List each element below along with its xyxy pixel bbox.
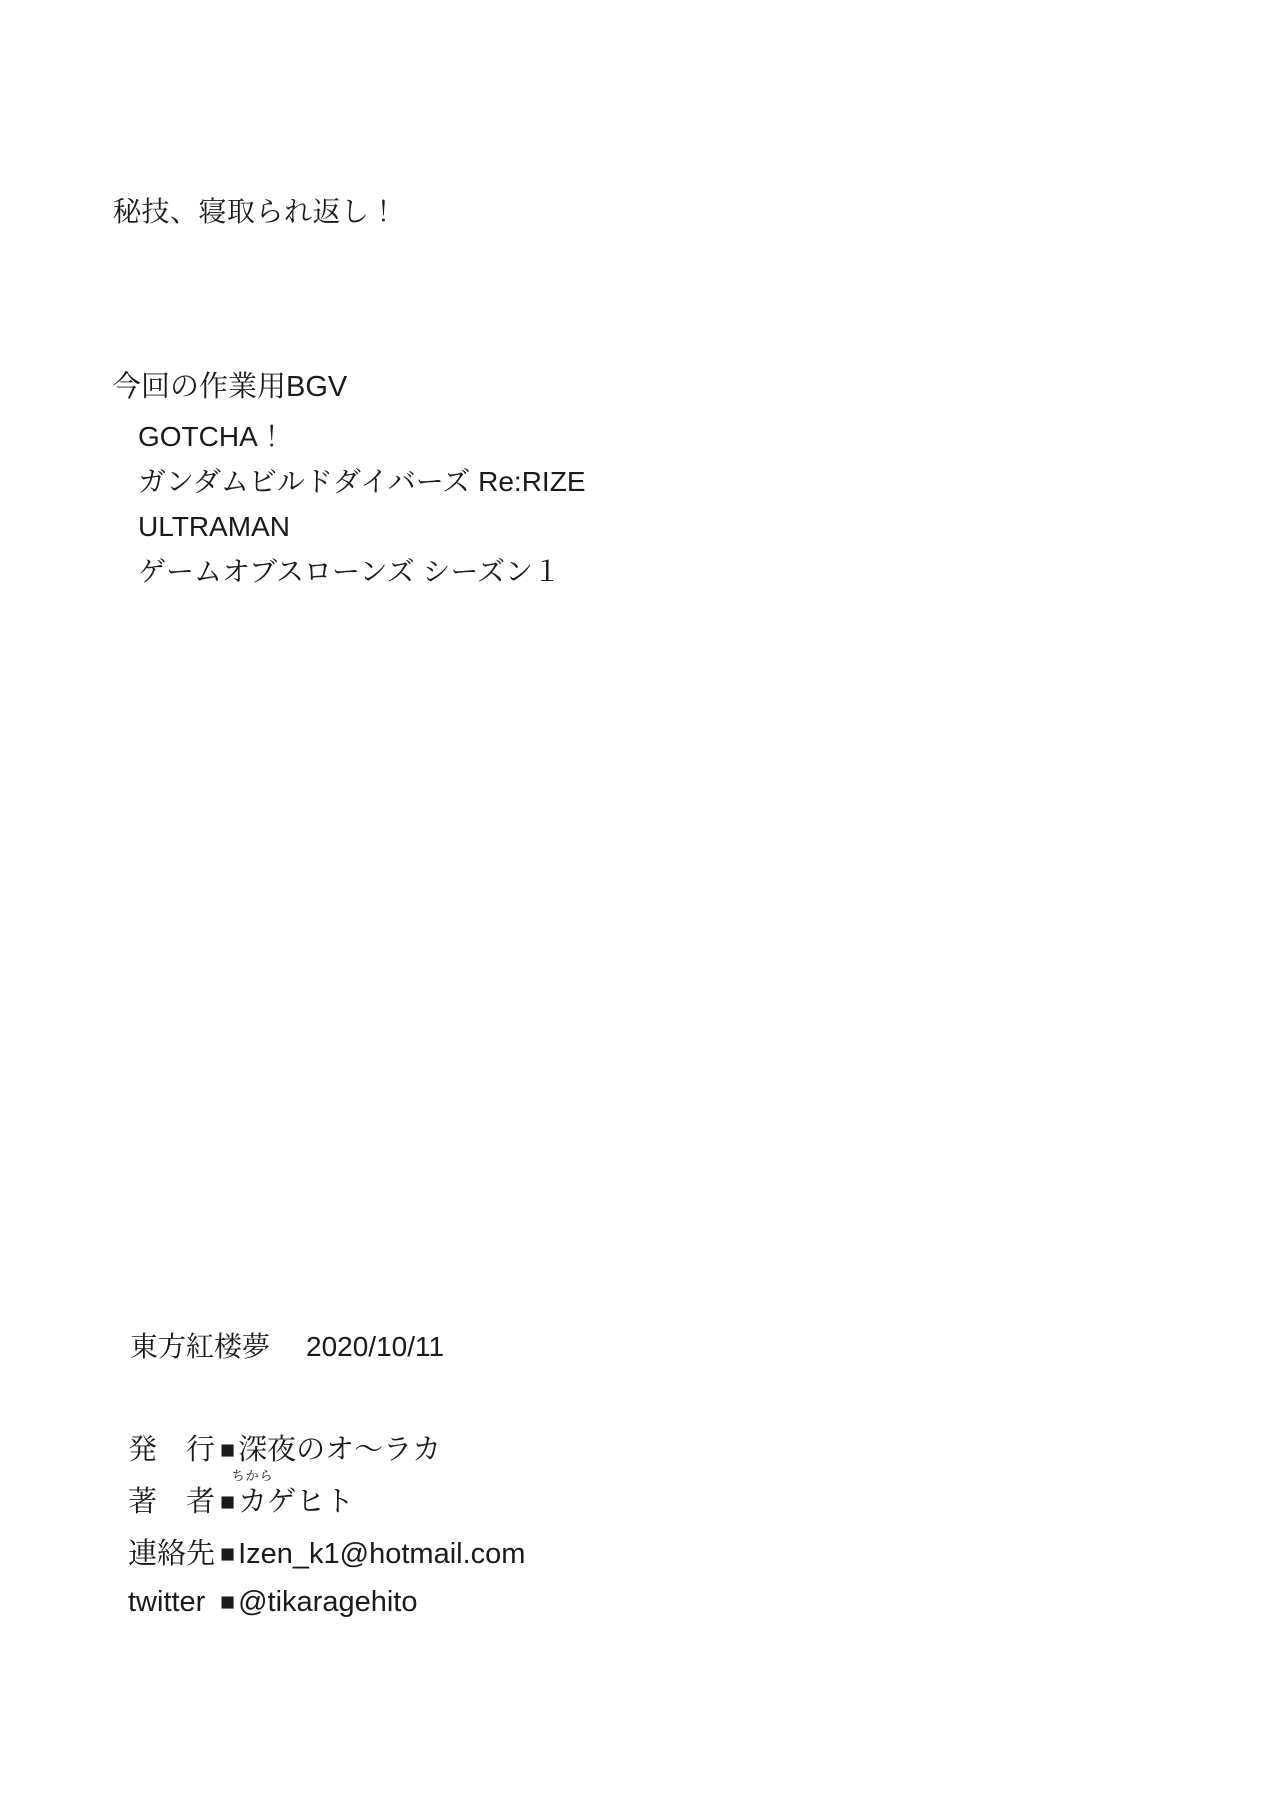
- separator-square-icon: ■: [220, 1484, 235, 1520]
- bgv-item: ULTRAMAN: [138, 504, 586, 549]
- twitter-handle: @tikaragehito: [238, 1586, 417, 1618]
- contact-email: Izen_k1@hotmail.com: [238, 1538, 525, 1570]
- separator-square-icon: ■: [220, 1536, 235, 1572]
- twitter-row: twitter■@tikaragehito: [128, 1584, 417, 1620]
- bgv-list: GOTCHA！ ガンダムビルドダイバーズ Re:RIZE ULTRAMAN ゲー…: [138, 414, 586, 594]
- author-row: 著 者■ちからカゲヒト: [128, 1484, 354, 1520]
- separator-square-icon: ■: [220, 1432, 235, 1468]
- bgv-item: ガンダムビルドダイバーズ Re:RIZE: [138, 459, 586, 504]
- publisher-label: 発 行: [128, 1432, 220, 1468]
- event-name: 東方紅楼夢: [130, 1331, 270, 1362]
- author-name-ruby: ちから: [232, 1469, 274, 1482]
- author-name-ruby-base: ちからカ: [238, 1484, 267, 1520]
- contact-row: 連絡先■Izen_k1@hotmail.com: [128, 1536, 525, 1572]
- publisher-row: 発 行■深夜のオ～ラカ: [128, 1432, 441, 1468]
- publisher-value: 深夜のオ～ラカ: [238, 1434, 441, 1466]
- tagline: 秘技、寝取られ返し！: [113, 195, 398, 229]
- separator-square-icon: ■: [220, 1584, 235, 1620]
- afterword-page: 秘技、寝取られ返し！ 今回の作業用BGV GOTCHA！ ガンダムビルドダイバー…: [0, 0, 1280, 1808]
- author-name-head: カ: [238, 1486, 267, 1518]
- bgv-item: ゲームオブスローンズ シーズン１: [138, 549, 586, 594]
- event-date: 2020/10/11: [306, 1331, 444, 1362]
- twitter-label: twitter: [128, 1584, 220, 1620]
- event-line: 東方紅楼夢2020/10/11: [130, 1330, 444, 1364]
- author-name-tail: ゲヒト: [267, 1486, 354, 1518]
- contact-label: 連絡先: [128, 1536, 220, 1572]
- author-label: 著 者: [128, 1484, 220, 1520]
- bgv-item: GOTCHA！: [138, 414, 586, 459]
- bgv-heading: 今回の作業用BGV: [112, 370, 347, 404]
